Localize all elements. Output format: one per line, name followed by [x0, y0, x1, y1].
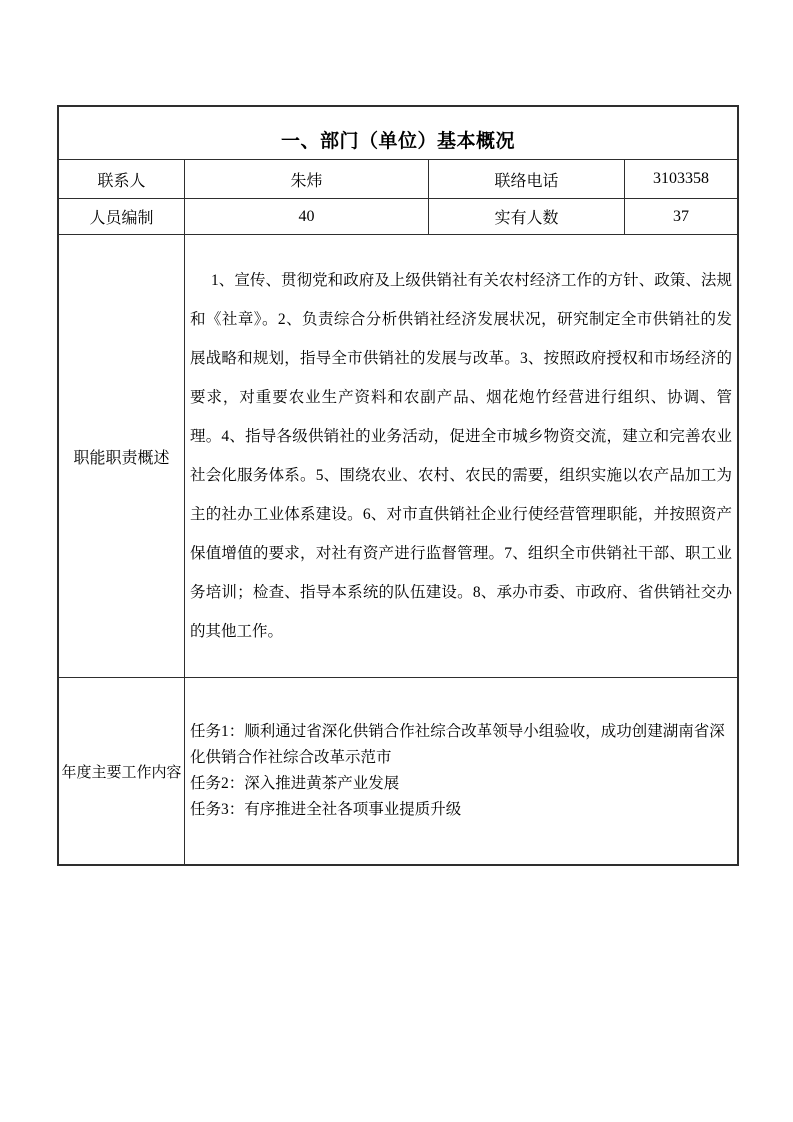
staffing-label: 人员编制	[89, 205, 153, 228]
task-line: 任务2：深入推进黄茶产业发展	[190, 771, 399, 797]
duties-label: 职能职责概述	[73, 445, 169, 468]
info-row-staffing: 人员编制 40 实有人数 37	[59, 199, 737, 235]
headcount-label-cell: 实有人数	[429, 199, 625, 234]
task-line: 任务3：有序推进全社各项事业提质升级	[190, 797, 461, 823]
staffing-value: 40	[299, 208, 315, 226]
phone-label-cell: 联络电话	[429, 160, 625, 198]
duties-text: 1、宣传、贯彻党和政府及上级供销社有关农村经济工作的方针、政策、法规和《社章》。…	[190, 261, 732, 651]
contact-label-cell: 联系人	[59, 160, 185, 198]
headcount-value-cell: 37	[625, 199, 737, 234]
annual-label: 年度主要工作内容	[61, 761, 181, 782]
duties-row: 职能职责概述 1、宣传、贯彻党和政府及上级供销社有关农村经济工作的方针、政策、法…	[59, 235, 737, 678]
section-title: 一、部门（单位）基本概况	[281, 126, 515, 153]
phone-label: 联络电话	[494, 168, 558, 191]
staffing-label-cell: 人员编制	[59, 199, 185, 234]
annual-label-cell: 年度主要工作内容	[59, 678, 185, 864]
duties-content-cell: 1、宣传、贯彻党和政府及上级供销社有关农村经济工作的方针、政策、法规和《社章》。…	[185, 235, 737, 677]
annual-content-cell: 任务1：顺利通过省深化供销合作社综合改革领导小组验收，成功创建湖南省深化供销合作…	[185, 678, 737, 864]
headcount-value: 37	[673, 208, 689, 226]
phone-value-cell: 3103358	[625, 160, 737, 198]
overview-table: 一、部门（单位）基本概况 联系人 朱炜 联络电话 3103358 人员编制 40…	[57, 105, 739, 866]
staffing-value-cell: 40	[185, 199, 429, 234]
contact-value: 朱炜	[290, 168, 322, 191]
duties-label-cell: 职能职责概述	[59, 235, 185, 677]
info-row-contact: 联系人 朱炜 联络电话 3103358	[59, 160, 737, 199]
annual-work-row: 年度主要工作内容 任务1：顺利通过省深化供销合作社综合改革领导小组验收，成功创建…	[59, 678, 737, 864]
table-title-row: 一、部门（单位）基本概况	[59, 107, 737, 160]
document-page: { "header": { "title": "一、部门（单位）基本概况" },…	[0, 0, 793, 1122]
contact-value-cell: 朱炜	[185, 160, 429, 198]
phone-value: 3103358	[653, 170, 709, 188]
task-line: 任务1：顺利通过省深化供销合作社综合改革领导小组验收，成功创建湖南省深化供销合作…	[190, 719, 731, 771]
headcount-label: 实有人数	[494, 205, 558, 228]
contact-label: 联系人	[97, 168, 145, 191]
